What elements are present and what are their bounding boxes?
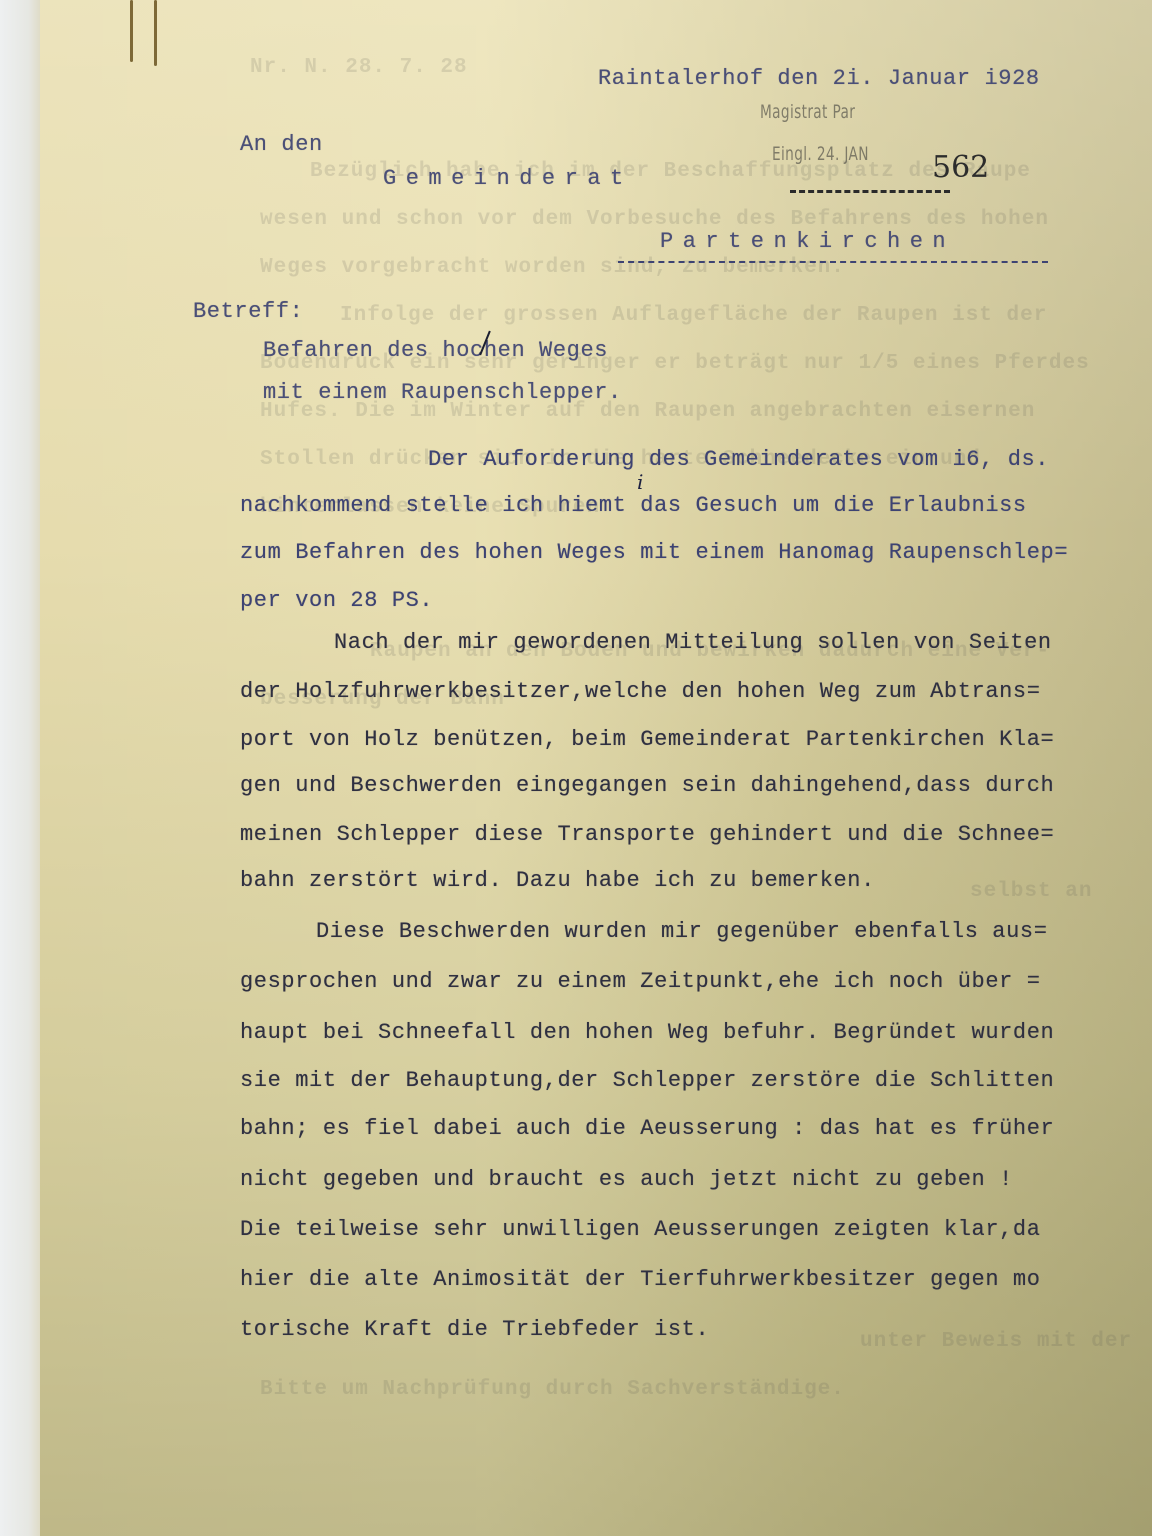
body-line: hier die alte Animosität der Tierfuhrwer… [240, 1267, 1041, 1292]
body-line: gen und Beschwerden eingegangen sein dah… [240, 773, 1054, 798]
body-line: per von 28 PS. [240, 588, 433, 613]
bleed-through: Infolge der grossen Auflagefläche der Ra… [340, 304, 1047, 327]
bleed-through: Nr. N. 28. 7. 28 [250, 56, 468, 79]
bleed-through: wesen und schon vor dem Vorbesuche des B… [260, 208, 1049, 231]
bleed-through: selbst an [970, 880, 1092, 903]
letter-page: Nr. N. 28. 7. 28 Bezüglich habe ich im d… [40, 0, 1152, 1536]
receipt-stamp-line1: Magistrat Par [760, 101, 855, 123]
subject-line1: Befahren des hochen Weges [263, 338, 608, 363]
body-line: haupt bei Schneefall den hohen Weg befuh… [240, 1020, 1054, 1045]
subject-label: Betreff: [193, 299, 303, 324]
body-line: nicht gegeben und braucht es auch jetzt … [240, 1167, 1013, 1192]
place-date: Raintalerhof den 2i. Januar i928 [598, 66, 1040, 91]
place-underline [618, 261, 1048, 263]
bleed-through: Weges vorgebracht worden sind, zu bemerk… [260, 256, 845, 279]
body-line: Die teilweise sehr unwilligen Aeusserung… [240, 1217, 1041, 1242]
body-line: zum Befahren des hohen Weges mit einem H… [240, 540, 1068, 565]
body-line: bahn zerstört wird. Dazu habe ich zu bem… [240, 868, 875, 893]
bleed-through: unter Beweis mit der [860, 1330, 1132, 1353]
staple-mark [154, 0, 157, 66]
subject-line2: mit einem Raupenschlepper. [263, 380, 622, 405]
receipt-stamp-line2: Eingl. 24. JAN [772, 143, 869, 165]
bleed-through: Bitte um Nachprüfung durch Sachverständi… [260, 1378, 845, 1401]
body-line: port von Holz benützen, beim Gemeinderat… [240, 727, 1054, 752]
recipient-body: Gemeinderat [383, 166, 633, 191]
body-line: nachkommend stelle ich hiemt das Gesuch … [240, 493, 1027, 518]
body-line: meinen Schlepper diese Transporte gehind… [240, 822, 1054, 847]
recipient-place: Partenkirchen [660, 229, 955, 254]
body-line: der Holzfuhrwerkbesitzer,welche den hohe… [240, 679, 1041, 704]
body-line: torische Kraft die Triebfeder ist. [240, 1317, 709, 1342]
body-line: gesprochen und zwar zu einem Zeitpunkt,e… [240, 969, 1041, 994]
insert-correction: i [637, 470, 643, 494]
stamp-underline [790, 190, 950, 193]
receipt-number: 562 [932, 150, 989, 185]
body-line: Nach der mir gewordenen Mitteilung solle… [334, 630, 1052, 655]
body-line: Der Auforderung des Gemeinderates vom i6… [428, 447, 1049, 472]
body-line: bahn; es fiel dabei auch die Aeusserung … [240, 1116, 1054, 1141]
body-line: sie mit der Behauptung,der Schlepper zer… [240, 1068, 1054, 1093]
salutation: An den [240, 132, 323, 157]
body-line: Diese Beschwerden wurden mir gegenüber e… [316, 919, 1048, 944]
staple-mark [130, 0, 133, 62]
